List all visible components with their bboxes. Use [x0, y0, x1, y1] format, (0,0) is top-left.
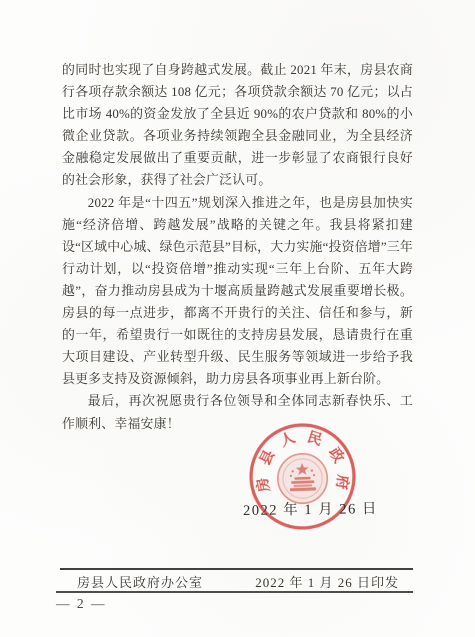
national-emblem-icon	[277, 453, 328, 504]
paragraph-2: 2022 年是“十四五”规划深入推进之年，也是房县加快实施“经济倍增、跨越发展”…	[62, 192, 413, 391]
signature-date: 2022 年 1 月 26 日	[243, 497, 378, 520]
seal-char: 人	[278, 429, 298, 450]
footer-divider-bottom	[56, 591, 413, 593]
page-number: — 2 —	[56, 596, 107, 612]
paragraph-3: 最后，再次祝愿贵行各位领导和全体同志新春快乐、工作顺利、幸福安康！	[62, 390, 413, 434]
paragraph-1: 的同时也实现了自身跨越式发展。截止 2021 年末，房县农商行各项存款余额达 1…	[62, 59, 413, 192]
print-date: 2022 年 1 月 26 日印发	[255, 572, 399, 591]
issuing-office: 房县人民政府办公室	[77, 572, 203, 591]
seal-char: 房	[253, 476, 274, 495]
seal-char: 府	[332, 474, 352, 491]
footer-divider-top	[60, 568, 413, 570]
footer: 房县人民政府办公室 2022 年 1 月 26 日印发	[60, 572, 413, 591]
document-page: 的同时也实现了自身跨越式发展。截止 2021 年末，房县农商行各项存款余额达 1…	[0, 0, 475, 637]
seal-char: 民	[305, 428, 325, 449]
letter-body: 的同时也实现了自身跨越式发展。截止 2021 年末，房县农商行各项存款余额达 1…	[62, 59, 413, 435]
